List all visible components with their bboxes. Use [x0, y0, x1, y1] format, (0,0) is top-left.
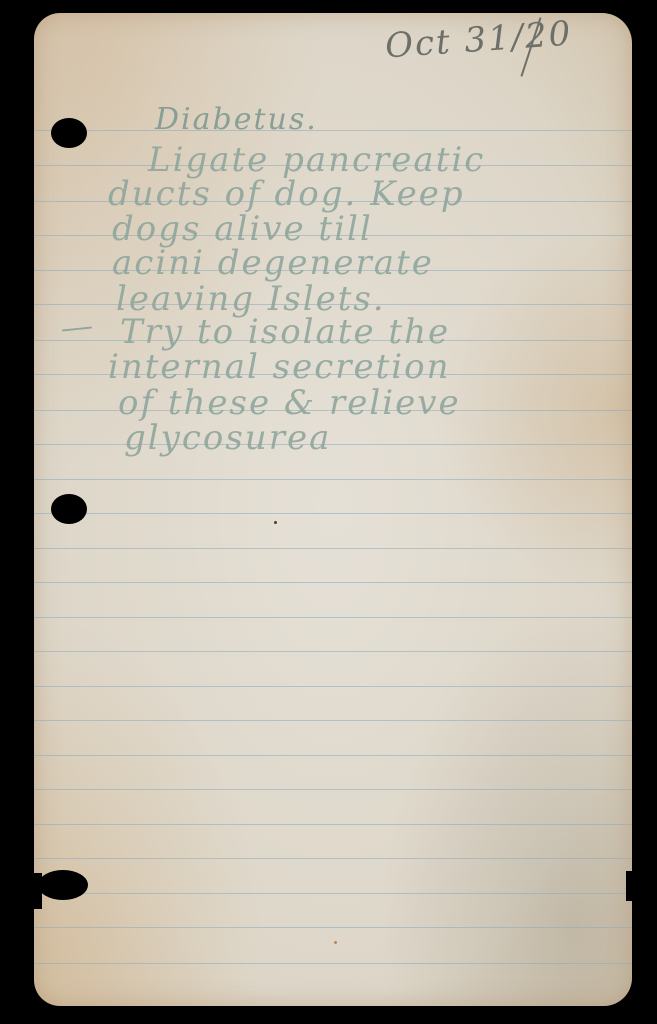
rule-line — [34, 479, 632, 480]
rule-line — [34, 617, 632, 618]
rule-line — [34, 789, 632, 790]
rule-line — [34, 963, 632, 964]
rule-line — [34, 686, 632, 687]
rule-line — [34, 720, 632, 721]
rule-line — [34, 927, 632, 928]
rule-line — [34, 130, 632, 131]
rule-line — [34, 651, 632, 652]
torn-edge — [34, 873, 42, 909]
note-line: acini degenerate — [112, 243, 434, 283]
punch-hole — [51, 118, 87, 148]
punch-hole — [51, 494, 87, 524]
paper-speck — [334, 941, 337, 944]
rule-line — [34, 755, 632, 756]
rule-line — [34, 858, 632, 859]
note-line: of these & relieve — [118, 383, 461, 423]
paper-speck — [274, 521, 277, 524]
rule-line — [34, 513, 632, 514]
torn-punch-hole — [38, 870, 88, 900]
note-line: internal secretion — [108, 347, 451, 387]
rule-line — [34, 824, 632, 825]
rule-line — [34, 548, 632, 549]
note-line: ducts of dog. Keep — [108, 174, 465, 214]
note-line: glycosurea — [124, 418, 331, 458]
page-title: Diabetus. — [155, 102, 318, 137]
rule-line — [34, 893, 632, 894]
note-line: Try to isolate the — [120, 312, 450, 352]
rule-line — [34, 582, 632, 583]
torn-edge — [626, 871, 632, 901]
